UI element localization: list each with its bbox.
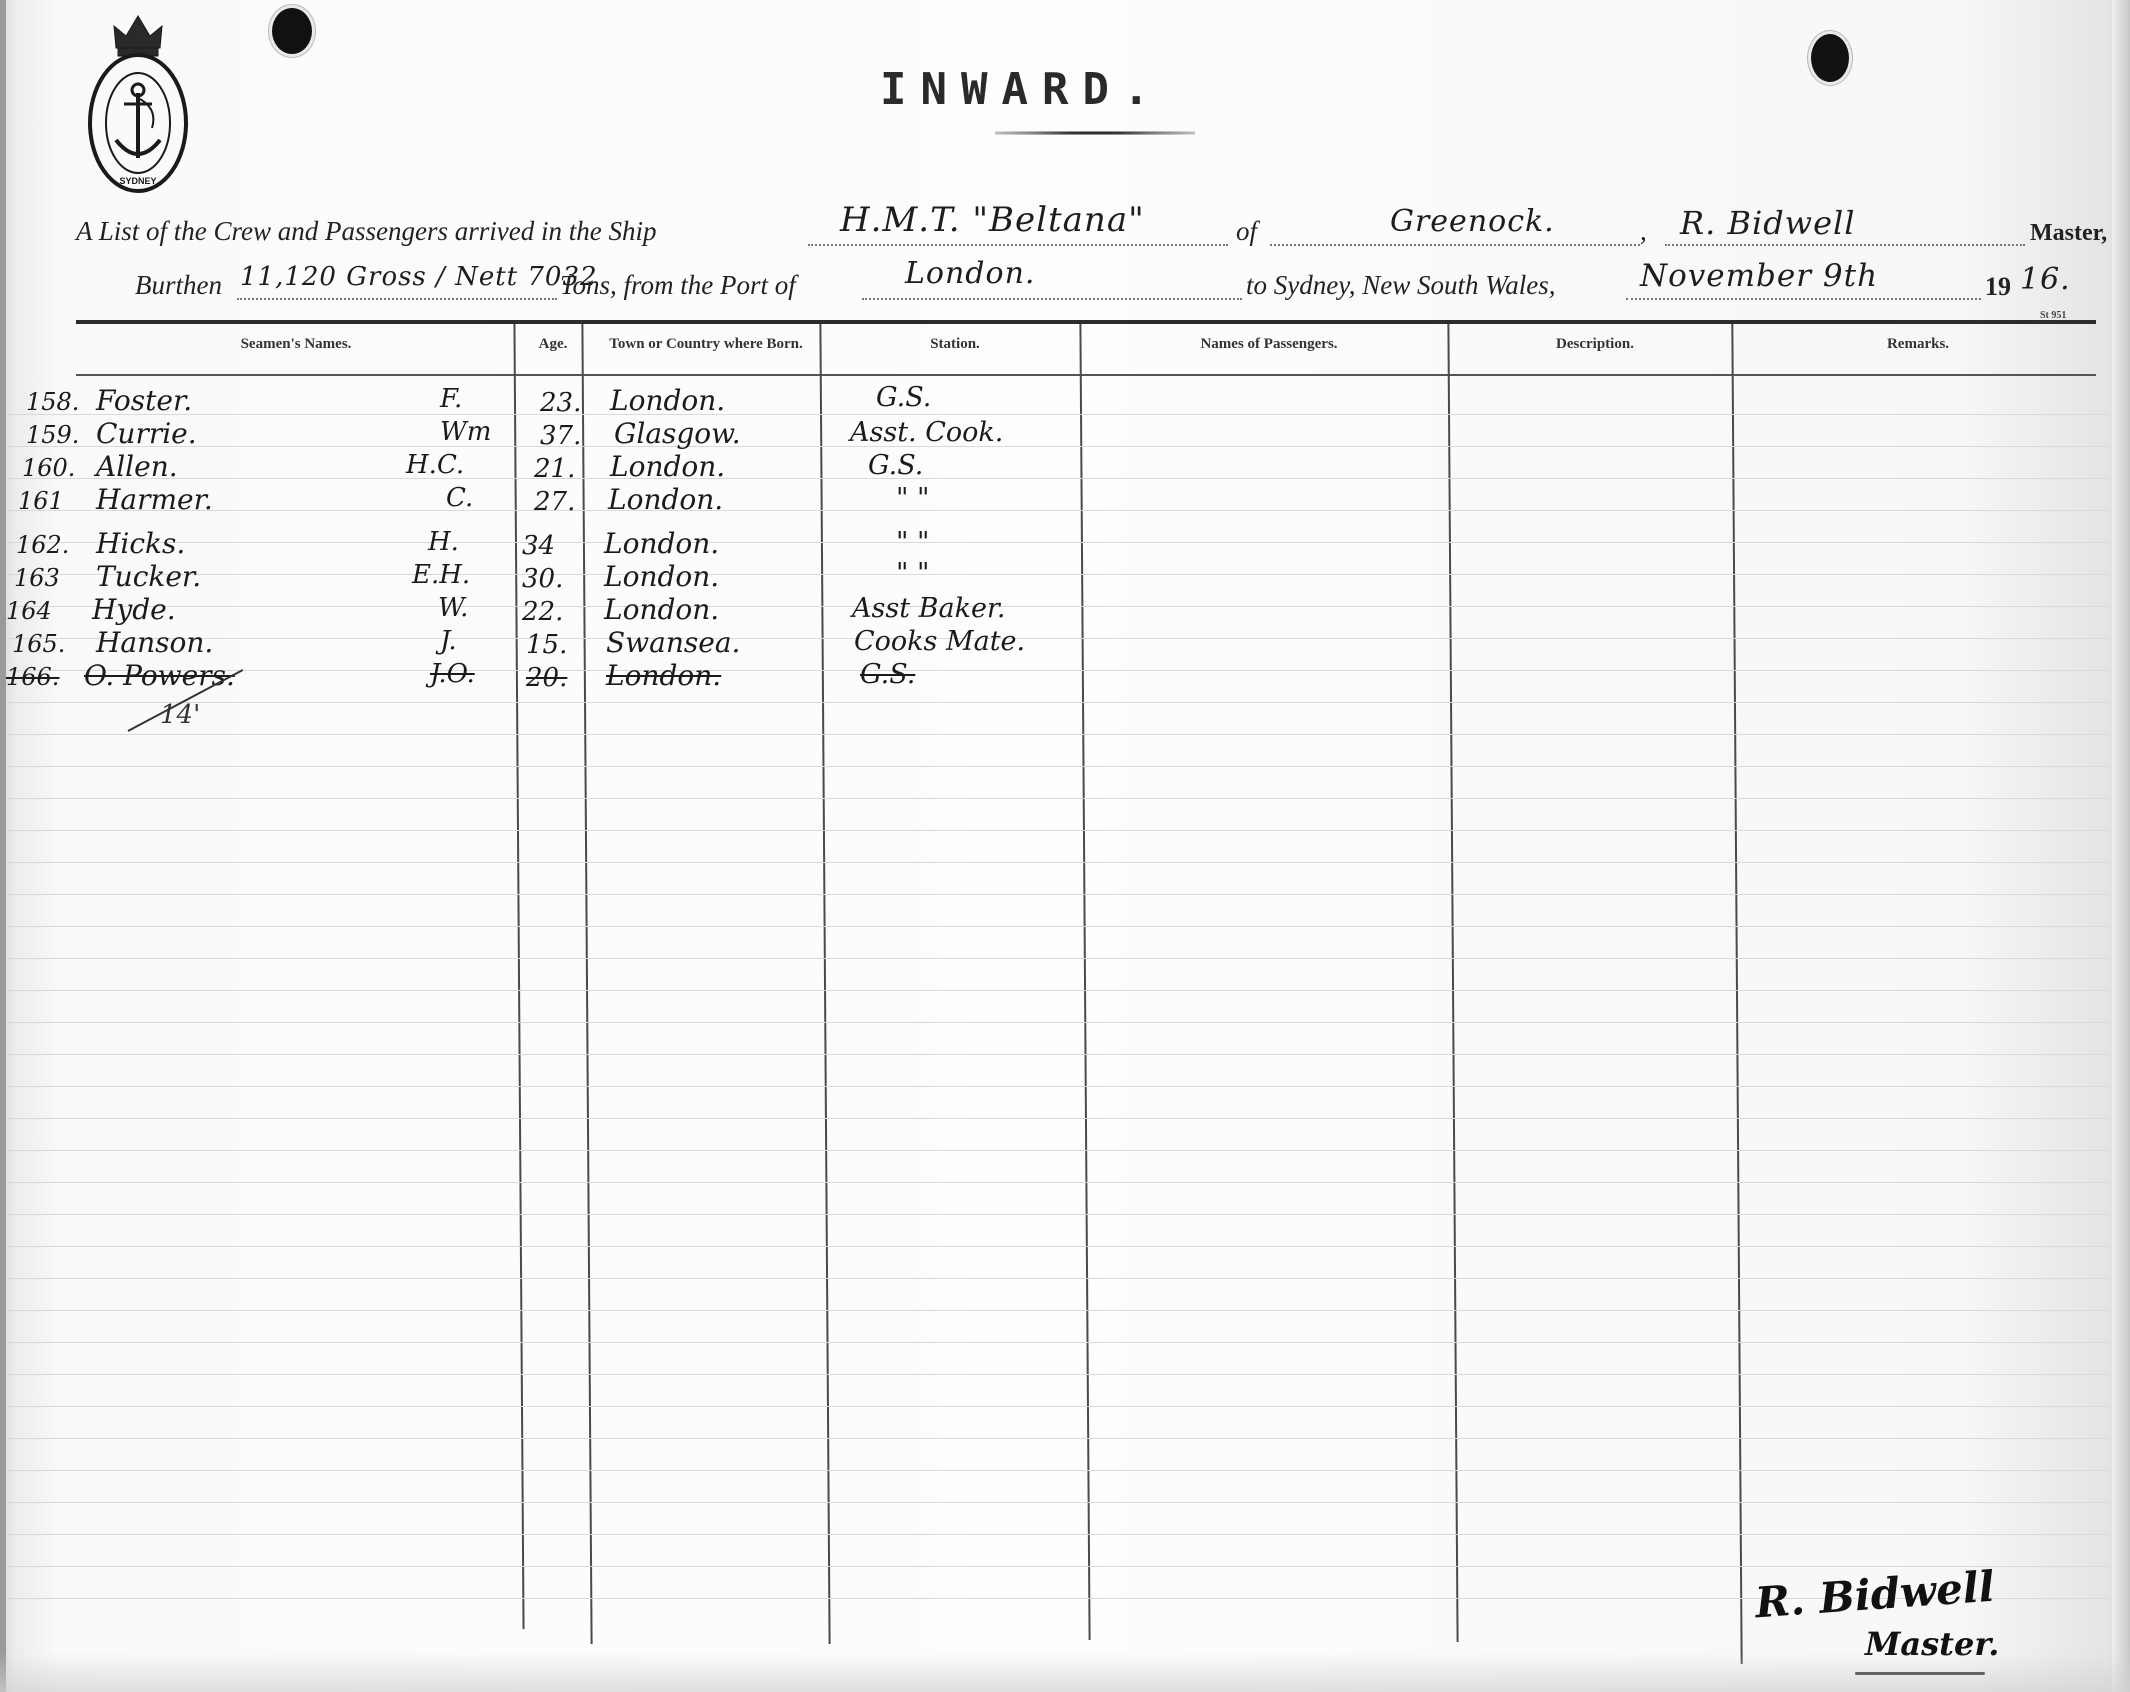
ruled-line [8,510,2108,511]
ruled-line [8,606,2108,607]
ruled-line [8,1406,2108,1407]
col-header-town-born: Town or Country where Born. [588,336,824,353]
ruled-line [8,1278,2108,1279]
ruled-line [8,638,2108,639]
crew-age: 20. [526,663,567,693]
home-port-field-line [1270,244,1640,246]
from-port-value: London. [905,256,1035,291]
date-field-line [1626,298,1981,300]
crew-initials: W. [438,593,468,623]
crew-number: 162. [16,531,69,559]
year-suffix-value: 16. [2020,262,2071,297]
crew-tally-count: 14' [160,700,200,730]
crew-initials: H.C. [406,450,464,480]
ruled-line [8,574,2108,575]
col-header-description: Description. [1454,336,1736,353]
crew-age: 30. [522,564,563,594]
master-signature: R. Bidwell [1754,1562,1997,1628]
crew-station: G.S. [860,659,915,690]
crew-number: 159. [26,421,79,449]
home-port-value: Greenock. [1390,204,1555,239]
column-divider [581,324,592,1644]
crew-age: 37. [540,421,581,451]
crew-number: 158. [26,388,79,416]
crew-surname: Hyde. [92,593,176,626]
ruled-line [8,702,2108,703]
tonnage-value: 11,120 Gross / Nett 7032 [240,262,598,292]
punch-hole [1811,34,1849,82]
crew-surname: Foster. [96,384,192,417]
svg-text:SYDNEY: SYDNEY [119,176,156,186]
crew-age: 23. [540,388,581,418]
crew-birthplace: London. [604,560,719,593]
crew-age: 27. [534,487,575,517]
header-printed-burthen: Burthen [135,270,222,301]
ruled-line [8,670,2108,671]
crew-station-ditto: " " [896,527,929,558]
ruled-line [8,1438,2108,1439]
crew-surname: Hicks. [96,527,185,560]
crew-initials: E.H. [412,560,470,590]
crew-number: 163 [14,564,60,592]
ruled-line [8,1502,2108,1503]
master-name-value: R. Bidwell [1680,204,1855,242]
ruled-line [8,1054,2108,1055]
ruled-line [8,478,2108,479]
crew-age: 21. [534,454,575,484]
crew-birthplace: London. [610,450,725,483]
col-header-age: Age. [520,336,586,353]
col-header-station: Station. [826,336,1084,353]
ruled-line [8,734,2108,735]
page-title: INWARD. [880,64,1163,115]
ruled-line [8,1534,2108,1535]
crew-number: 160. [22,454,75,482]
column-divider [1731,324,1742,1664]
crew-age: 22. [522,597,563,627]
ruled-line [8,926,2108,927]
header-printed-master: Master, [2030,220,2107,247]
crew-number: 166. [6,663,59,691]
crew-surname: Harmer. [96,483,213,516]
column-divider [1079,324,1090,1640]
crew-number: 165. [12,630,65,658]
ruled-line [8,1022,2108,1023]
punch-hole [272,8,312,54]
col-header-seamens-names: Seamen's Names. [76,336,516,353]
crew-birthplace: London. [606,659,721,692]
ruled-line [8,766,2108,767]
crew-surname: Currie. [96,417,197,450]
crew-initials: C. [446,483,473,513]
crew-station: G.S. [876,382,931,413]
col-header-remarks: Remarks. [1738,336,2098,353]
ruled-line [8,1150,2108,1151]
ruled-line [8,1086,2108,1087]
title-ornament-rule [995,131,1195,135]
header-printed-of: of [1236,216,1257,247]
page-bottom-shadow [0,1652,2130,1692]
page-edge-right [2112,0,2130,1692]
page-edge-left [0,0,6,1692]
crew-surname: Tucker. [96,560,201,593]
ruled-line [8,1310,2108,1311]
crew-birthplace: London. [604,527,719,560]
crew-station: Asst Baker. [852,593,1005,624]
ship-name-field-line [808,244,1228,246]
ruled-line [8,414,2108,415]
ruled-line [8,1182,2108,1183]
crew-initials: F. [440,384,462,414]
ruled-line [8,958,2108,959]
ruled-line [8,1470,2108,1471]
year-prefix: 19 [1985,272,2011,302]
ruled-line [8,446,2108,447]
ruled-line [8,1566,2108,1567]
crew-number: 164 [6,597,52,625]
col-header-passenger-names: Names of Passengers. [1086,336,1452,353]
tonnage-field-line [237,298,557,300]
anchor-crown-seal-icon: SYDNEY [78,8,198,193]
crew-initials: Wm [440,417,491,447]
ruled-line [8,894,2108,895]
crew-birthplace: London. [608,483,723,516]
crew-initials: J. [440,626,457,656]
ruled-line [8,862,2108,863]
form-code: St 951 [2040,310,2066,321]
ship-name-value: H.M.T. "Beltana" [840,200,1145,240]
document-page: SYDNEY INWARD. A List of the Crew and Pa… [0,0,2130,1692]
ruled-line [8,1342,2108,1343]
crew-age: 15. [526,630,567,660]
crew-station-ditto: " " [896,558,929,589]
crew-station-ditto: " " [896,483,929,514]
header-printed-destination: to Sydney, New South Wales, [1246,270,1555,301]
crew-station: Cooks Mate. [854,626,1025,657]
crew-birthplace: London. [610,384,725,417]
crew-initials: J.O. [430,659,475,689]
crew-birthplace: Glasgow. [614,417,741,450]
ruled-line [8,1214,2108,1215]
arrival-date-value: November 9th [1640,258,1878,294]
crew-number: 161 [18,487,64,515]
column-divider [819,324,830,1644]
table-header-bottom-rule [76,374,2096,376]
master-name-field-line [1665,244,2025,246]
crew-station: Asst. Cook. [850,417,1003,448]
from-port-field-line [862,298,1242,300]
ruled-line [8,542,2108,543]
crew-birthplace: London. [604,593,719,626]
ruled-line [8,798,2108,799]
header-printed-prefix: A List of the Crew and Passengers arrive… [76,216,657,247]
ruled-line [8,1246,2108,1247]
ruled-line [8,990,2108,991]
column-divider [1447,324,1458,1642]
crew-surname: Hanson. [96,626,213,659]
ruled-line [8,830,2108,831]
crew-station: G.S. [868,450,923,481]
crew-age: 34 [522,531,555,561]
ruled-line [8,1118,2108,1119]
header-printed-tons: Tons, from the Port of [560,270,796,301]
header-comma: , [1640,216,1647,247]
column-divider [513,324,524,1629]
ruled-line [8,1374,2108,1375]
crew-initials: H. [428,527,459,557]
crew-birthplace: Swansea. [606,626,740,659]
table-top-rule [76,320,2096,324]
crew-surname: Allen. [96,450,178,483]
